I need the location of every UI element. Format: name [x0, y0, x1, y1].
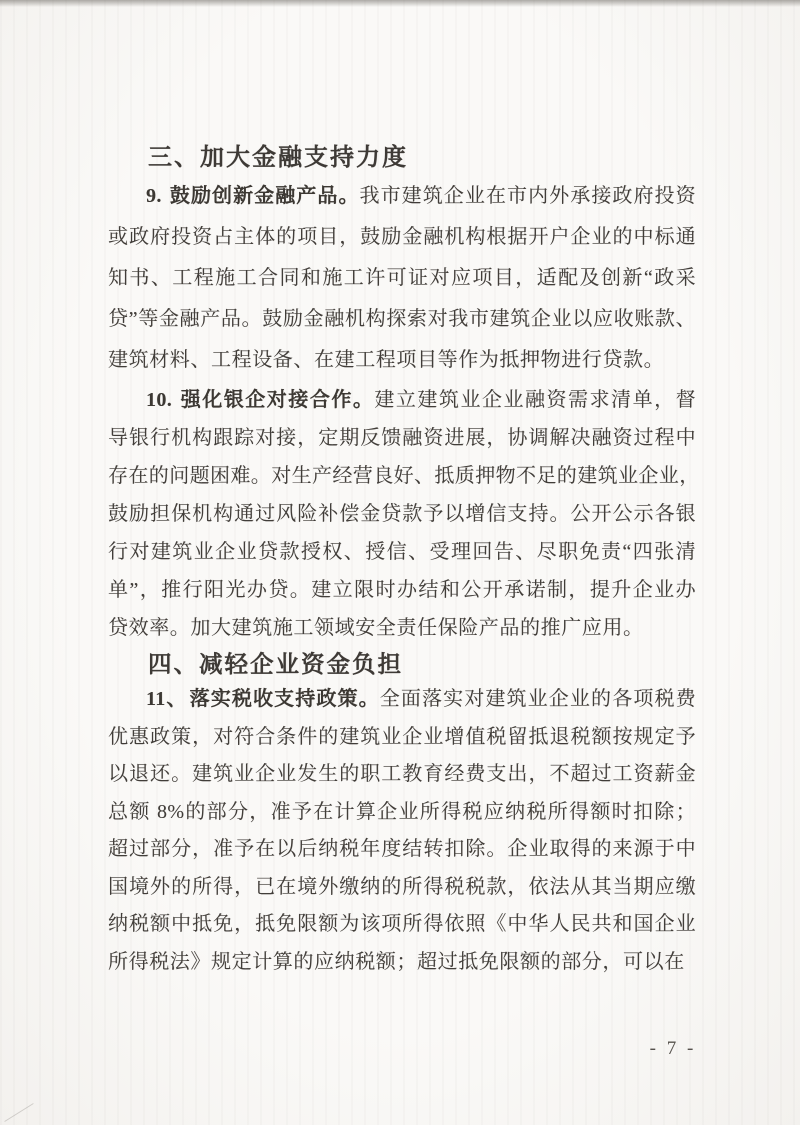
text-line: 鼓励担保机构通过风险补偿金贷款予以增信支持。公开公示各银 — [108, 495, 696, 533]
text-line: 11、落实税收支持政策。全面落实对建筑业企业的各项税费 — [108, 681, 696, 719]
paragraph-lead: 落实税收支持政策。 — [190, 688, 380, 710]
scan-edge-shadow — [0, 0, 800, 7]
text-line: 贷效率。加大建筑施工领域安全责任保险产品的推广应用。 — [108, 609, 696, 647]
paragraph-number: 11、 — [146, 688, 188, 710]
paragraph-9: 9. 鼓励创新金融产品。我市建筑企业在市内外承接政府投资 或政府投资占主体的项目… — [108, 176, 696, 381]
text-line: 建筑材料、工程设备、在建工程项目等作为抵押物进行贷款。 — [108, 340, 696, 381]
text-line: 国境外的所得，已在境外缴纳的所得税税款，依法从其当期应缴 — [108, 869, 696, 907]
text-line: 导银行机构跟踪对接，定期反馈融资进展，协调解决融资过程中 — [108, 419, 696, 457]
paragraph-number: 9. — [146, 185, 168, 207]
text-line: 贷”等金融产品。鼓励金融机构探索对我市建筑企业以应收账款、 — [108, 299, 696, 340]
text-line: 知书、工程施工合同和施工许可证对应项目，适配及创新“政采 — [108, 258, 696, 299]
text-line: 存在的问题困难。对生产经营良好、抵质押物不足的建筑业企业， — [108, 457, 696, 495]
text-line: 所得税法》规定计算的应纳税额；超过抵免限额的部分，可以在 — [108, 944, 696, 982]
document-body: 三、加大金融支持力度 9. 鼓励创新金融产品。我市建筑企业在市内外承接政府投资 … — [108, 140, 696, 981]
section-heading-4: 四、减轻企业资金负担 — [148, 647, 696, 681]
text-run: 建立建筑业企业融资需求清单，督 — [374, 389, 696, 411]
document-page: 三、加大金融支持力度 9. 鼓励创新金融产品。我市建筑企业在市内外承接政府投资 … — [0, 0, 800, 1125]
text-line: 优惠政策，对符合条件的建筑业企业增值税留抵退税额按规定予 — [108, 719, 696, 757]
text-run: 我市建筑企业在市内外承接政府投资 — [360, 185, 696, 207]
text-line: 10. 强化银企对接合作。建立建筑业企业融资需求清单，督 — [108, 381, 696, 419]
paragraph-lead: 强化银企对接合作。 — [181, 389, 375, 411]
scan-artifact — [4, 1103, 33, 1122]
paragraph-number: 10. — [146, 389, 179, 411]
section-heading-3: 三、加大金融支持力度 — [148, 140, 696, 176]
text-line: 以退还。建筑业企业发生的职工教育经费支出，不超过工资薪金 — [108, 756, 696, 794]
paragraph-lead: 鼓励创新金融产品。 — [170, 185, 360, 207]
text-line: 行对建筑业企业贷款授权、授信、受理回告、尽职免责“四张清 — [108, 533, 696, 571]
text-line: 或政府投资占主体的项目，鼓励金融机构根据开户企业的中标通 — [108, 217, 696, 258]
page-number: - 7 - — [638, 1038, 708, 1060]
text-line: 超过部分，准予在以后纳税年度结转扣除。企业取得的来源于中 — [108, 831, 696, 869]
text-line: 纳税额中抵免，抵免限额为该项所得依照《中华人民共和国企业 — [108, 906, 696, 944]
text-line: 9. 鼓励创新金融产品。我市建筑企业在市内外承接政府投资 — [108, 176, 696, 217]
text-run: 全面落实对建筑业企业的各项税费 — [380, 688, 696, 710]
paragraph-11: 11、落实税收支持政策。全面落实对建筑业企业的各项税费 优惠政策，对符合条件的建… — [108, 681, 696, 981]
text-line: 单”，推行阳光办贷。建立限时办结和公开承诺制，提升企业办 — [108, 571, 696, 609]
text-line: 总额 8%的部分，准予在计算企业所得税应纳税所得额时扣除； — [108, 794, 696, 832]
paragraph-10: 10. 强化银企对接合作。建立建筑业企业融资需求清单，督 导银行机构跟踪对接，定… — [108, 381, 696, 647]
